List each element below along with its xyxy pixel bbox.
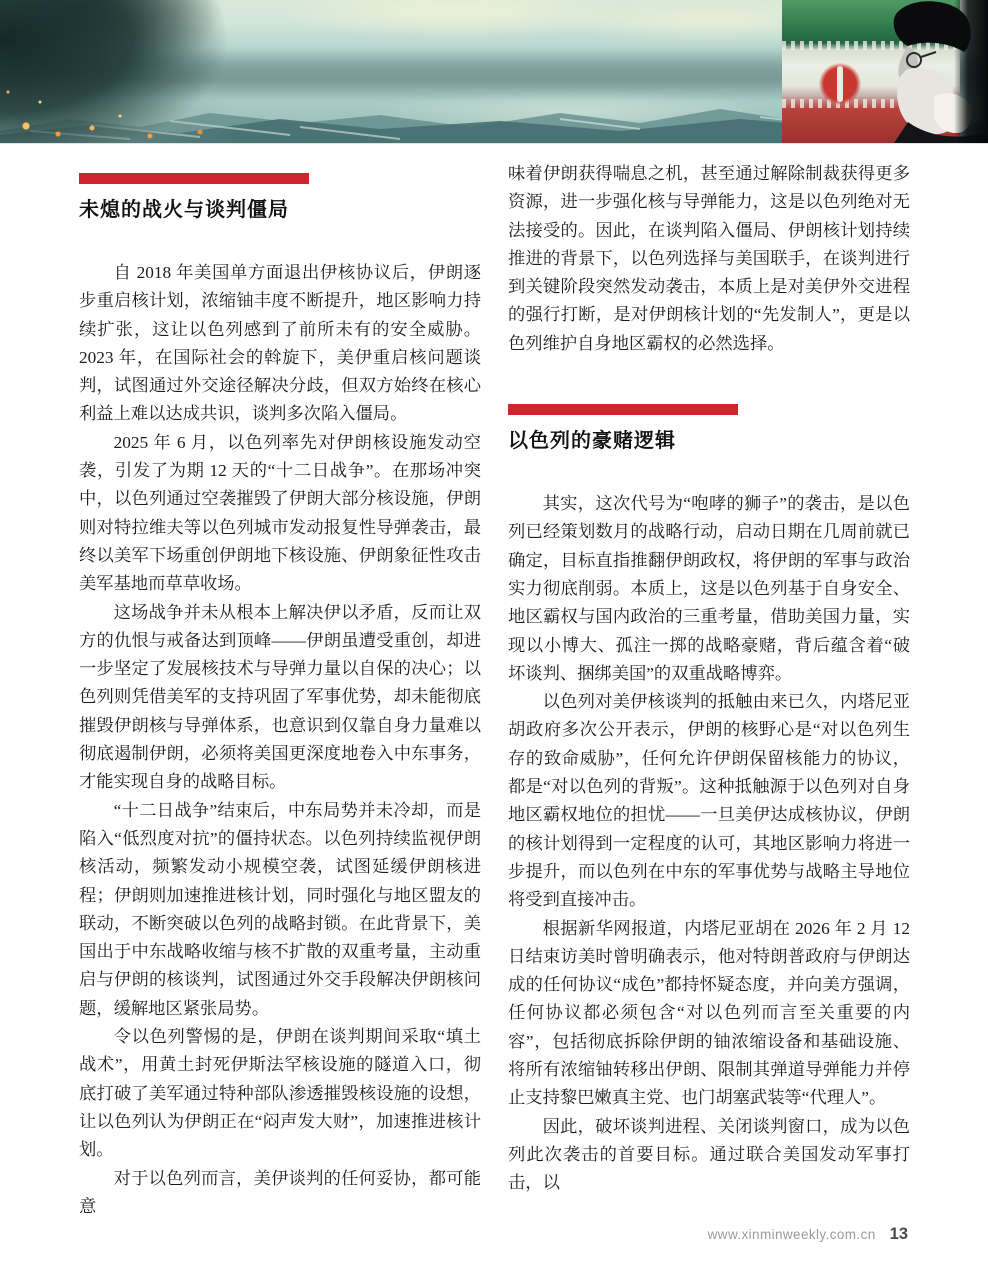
body-paragraph: 根据新华网报道，内塔尼亚胡在 2026 年 2 月 12 日结束访美时曾明确表示…	[508, 915, 910, 1113]
body-paragraph: 这场战争并未从根本上解决伊以矛盾，反而让双方的仇恨与戒备达到顶峰——伊朗虽遭受重…	[79, 599, 481, 797]
section-red-bar	[508, 404, 738, 415]
section-header: 以色列的豪赌逻辑	[508, 404, 910, 454]
section-red-bar	[79, 173, 309, 184]
section-heading: 以色列的豪赌逻辑	[508, 428, 910, 454]
body-paragraph: 因此，破坏谈判进程、关闭谈判窗口，成为以色列此次袭击的首要目标。通过联合美国发动…	[508, 1113, 910, 1198]
body-paragraph: 2025 年 6 月，以色列率先对伊朗核设施发动空袭，引发了为期 12 天的“十…	[79, 429, 481, 599]
banner-dark-edge	[954, 0, 988, 143]
body-paragraph: 对于以色列而言，美伊谈判的任何妥协，都可能意	[79, 1165, 481, 1222]
body-paragraph: “十二日战争”结束后，中东局势并未冷却，而是陷入“低烈度对抗”的僵持状态。以色列…	[79, 797, 481, 1023]
body-paragraph: 自 2018 年美国单方面退出伊核协议后，伊朗逐步重启核计划，浓缩铀丰度不断提升…	[79, 259, 481, 429]
body-paragraph: 其实，这次代号为“咆哮的狮子”的袭击，是以色列已经策划数月的战略行动，启动日期在…	[508, 490, 910, 688]
header-image	[0, 0, 988, 144]
fire-sparks	[0, 68, 300, 143]
body-paragraph: 令以色列警惕的是，伊朗在谈判期间采取“填土战术”，用黄土封死伊斯法罕核设施的隧道…	[79, 1023, 481, 1164]
article-column-right: 味着伊朗获得喘息之机，甚至通过解除制裁获得更多资源，进一步强化核与导弹能力，这是…	[508, 160, 910, 1198]
footer: www.xinminweekly.com.cn 13	[708, 1225, 908, 1244]
page-number: 13	[890, 1225, 908, 1244]
body-paragraph-continuation: 味着伊朗获得喘息之机，甚至通过解除制裁获得更多资源，进一步强化核与导弹能力，这是…	[508, 160, 910, 358]
body-paragraph: 以色列对美伊核谈判的抵触由来已久，内塔尼亚胡政府多次公开表示，伊朗的核野心是“对…	[508, 688, 910, 914]
article-column-left: 未熄的战火与谈判僵局 自 2018 年美国单方面退出伊核协议后，伊朗逐步重启核计…	[79, 173, 481, 1221]
section-header: 未熄的战火与谈判僵局	[79, 173, 481, 223]
website-url: www.xinminweekly.com.cn	[708, 1227, 876, 1242]
section-heading: 未熄的战火与谈判僵局	[79, 197, 481, 223]
